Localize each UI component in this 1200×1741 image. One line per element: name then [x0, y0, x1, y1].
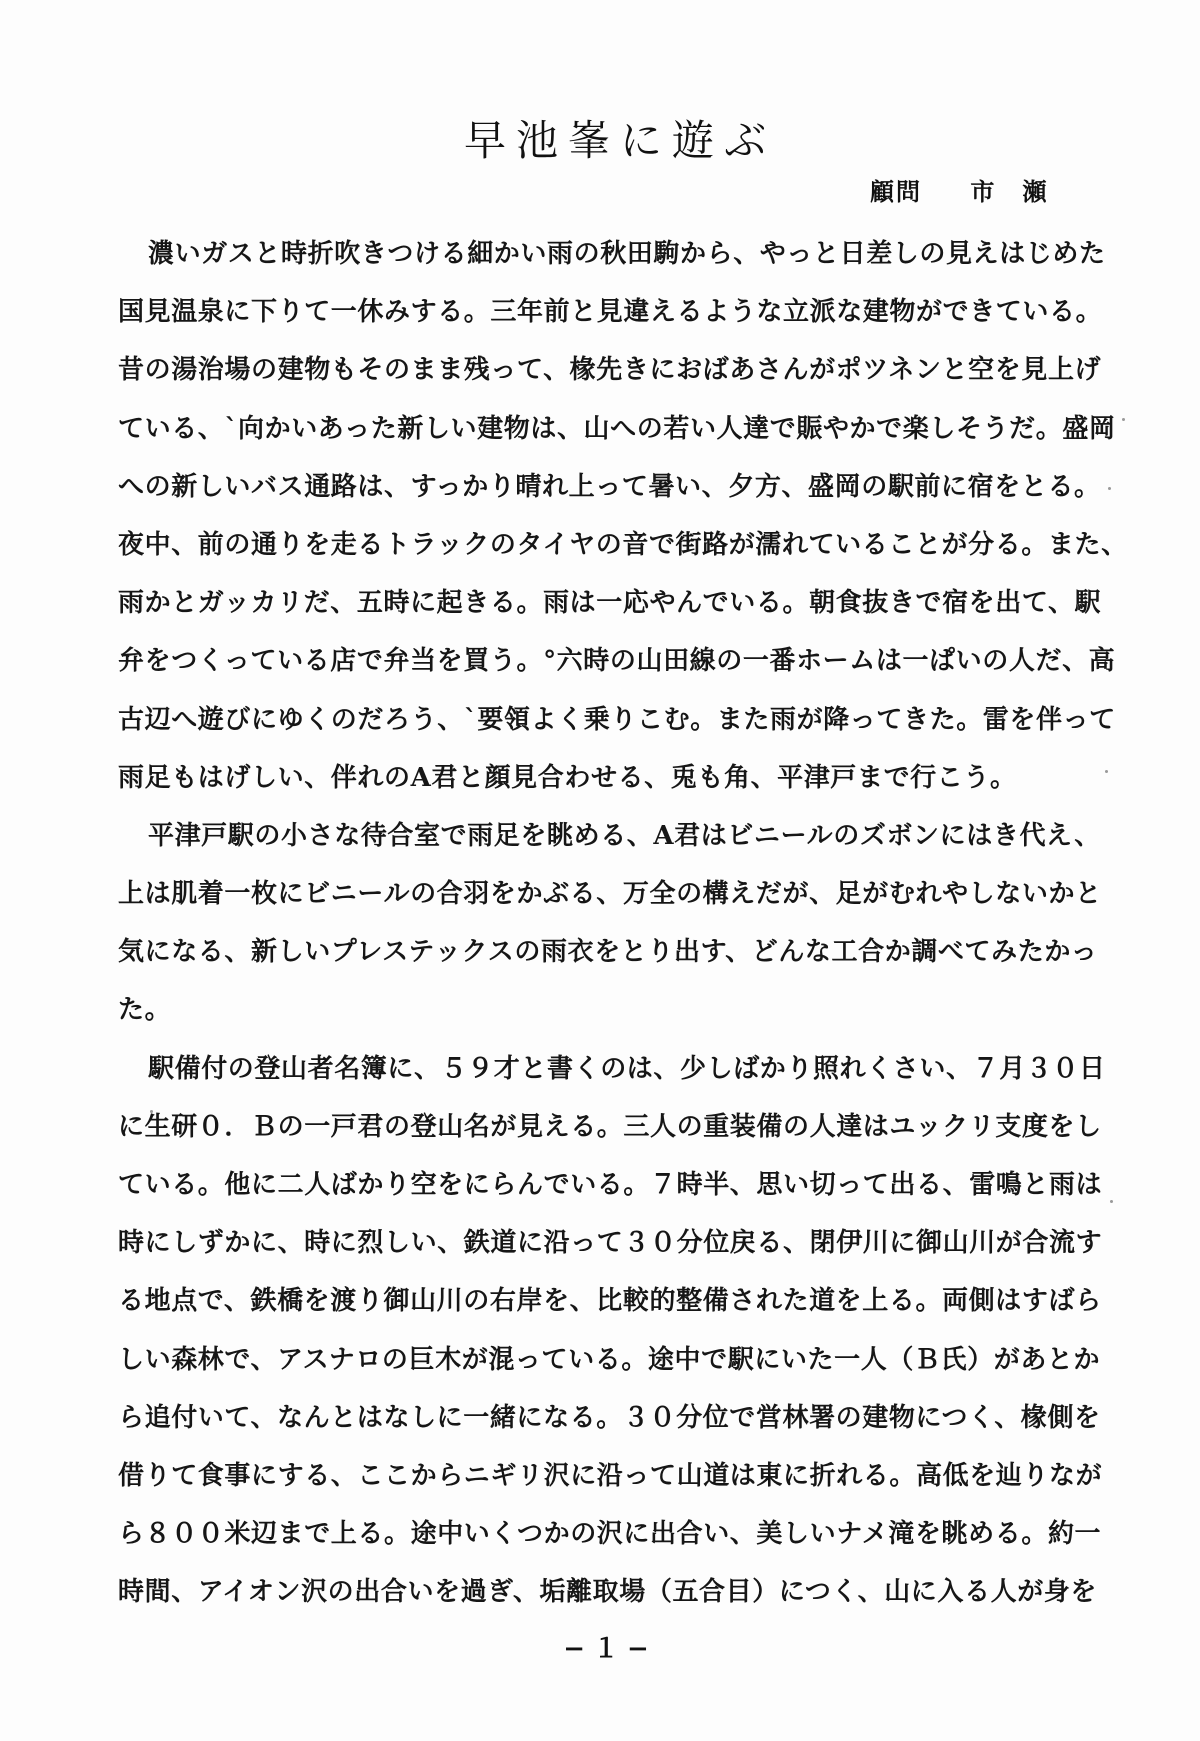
body-line: に生研０．Ｂの一戸君の登山名が見える。三人の重装備の人達はユックリ支度をし [118, 1098, 1113, 1156]
body-line: 夜中、前の通りを走るトラックのタイヤの音で街路が濡れていることが分る。また、 [118, 516, 1113, 574]
body-line: た。 [118, 981, 1113, 1039]
author-name: 市瀬 [970, 177, 1074, 206]
scan-speck [1122, 418, 1125, 421]
body-line: 平津戸駅の小さな待合室で雨足を眺める、A君はビニールのズボンにはき代え、 [118, 807, 1113, 865]
body-line: 借りて食事にする、ここからニギリ沢に沿って山道は東に折れる。高低を辿りなが [118, 1447, 1113, 1505]
document-body: 濃いガスと時折吹きつける細かい雨の秋田駒から、やっと日差しの見えはじめた 国見温… [118, 225, 1113, 1622]
scan-speck [1108, 487, 1111, 490]
body-line: 時間、アイオン沢の出合いを過ぎ、垢離取場（五合目）につく、山に入る人が身を [118, 1563, 1113, 1621]
body-line: 古辺へ遊びにゆくのだろう、`要領よく乗りこむ。また雨が降ってきた。雷を伴って [118, 691, 1113, 749]
body-line: る地点で、鉄橋を渡り御山川の右岸を、比較的整備された道を上る。両側はすばら [118, 1272, 1113, 1330]
author-role: 顧問 [870, 177, 922, 206]
body-line: 気になる、新しいプレステックスの雨衣をとり出す、どんな工合か調べてみたかっ [118, 923, 1113, 981]
body-line: 濃いガスと時折吹きつける細かい雨の秋田駒から、やっと日差しの見えはじめた [118, 225, 1113, 283]
body-line: ら追付いて、なんとはなしに一緒になる。３０分位で営林署の建物につく、椽側を [118, 1389, 1113, 1447]
body-line: 駅備付の登山者名簿に、５９才と書くのは、少しばかり照れくさい、７月３０日 [118, 1040, 1113, 1098]
body-line: ている、`向かいあった新しい建物は、山への若い人達で賑やかで楽しそうだ。盛岡 [118, 400, 1113, 458]
author-line: 顧問 市瀬 [870, 172, 1074, 207]
body-line: 雨かとガッカリだ、五時に起きる。雨は一応やんでいる。朝食抜きで宿を出て、駅 [118, 574, 1113, 632]
body-line: ら８００米辺まで上る。途中いくつかの沢に出合い、美しいナメ滝を眺める。約一 [118, 1505, 1113, 1563]
scan-speck [150, 1110, 153, 1113]
body-line: 国見温泉に下りて一休みする。三年前と見違えるような立派な建物ができている。 [118, 283, 1113, 341]
scan-speck [1105, 770, 1108, 773]
page-number: −１− [0, 1628, 1200, 1665]
body-line: 上は肌着一枚にビニールの合羽をかぶる、万全の構えだが、足がむれやしないかと [118, 865, 1113, 923]
body-line: 弁をつくっている店で弁当を買う。°六時の山田線の一番ホームは一ぱいの人だ、高 [118, 632, 1113, 690]
body-line: 時にしずかに、時に烈しい、鉄道に沿って３０分位戻る、閉伊川に御山川が合流す [118, 1214, 1113, 1272]
body-line: への新しいバス通路は、すっかり晴れ上って暑い、夕方、盛岡の駅前に宿をとる。 [118, 458, 1113, 516]
body-line: 雨足もはげしい、伴れのA君と顔見合わせる、兎も角、平津戸まで行こう。 [118, 749, 1113, 807]
body-line: ている。他に二人ばかり空をにらんでいる。７時半、思い切って出る、雷鳴と雨は [118, 1156, 1113, 1214]
body-line: しい森林で、アスナロの巨木が混っている。途中で駅にいた一人（Ｂ氏）があとか [118, 1331, 1113, 1389]
document-title: 早池峯に遊ぶ [0, 108, 1200, 168]
body-line: 昔の湯治場の建物もそのまま残って、椽先きにおばあさんがポツネンと空を見上げ [118, 341, 1113, 399]
scan-speck [1110, 1200, 1113, 1203]
document-page: 早池峯に遊ぶ 顧問 市瀬 濃いガスと時折吹きつける細かい雨の秋田駒から、やっと日… [0, 0, 1200, 1741]
